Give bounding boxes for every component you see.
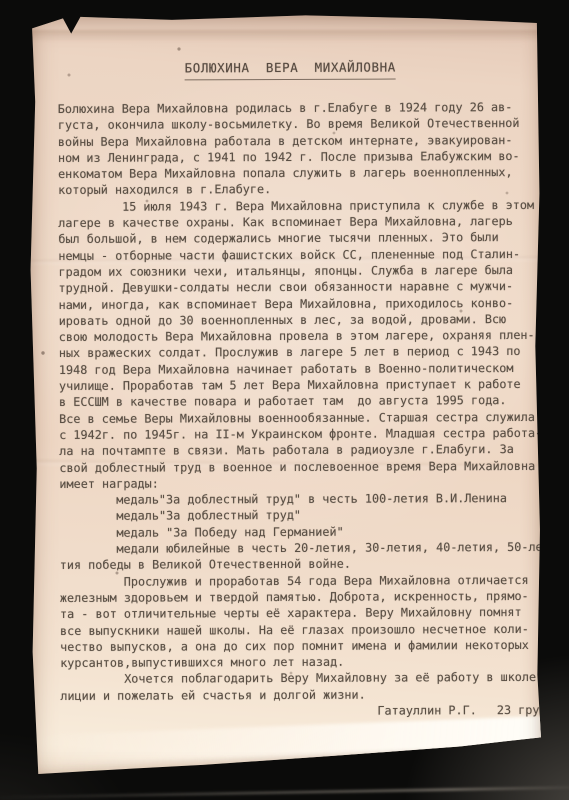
signature-author: Гатауллин Р.Г. xyxy=(377,703,476,717)
text-line: все выпускники нашей школы. На её глазах… xyxy=(60,620,540,638)
text-line: густа, окончила школу-восьмилетку. Во вр… xyxy=(58,115,538,133)
text-line: енкоматом Вера Михайловна попала служить… xyxy=(58,164,538,182)
text-line: свой доблестный труд в военное и послево… xyxy=(59,457,539,475)
signature-line: Гатауллин Р.Г. 23 группа xyxy=(377,703,560,718)
text-line: Прослужив и проработав 54 года Вера Миха… xyxy=(60,571,540,589)
text-line: медали юбилейные в честь 20-летия, 30-ле… xyxy=(60,539,540,557)
paper-dust-specks xyxy=(28,10,30,12)
text-line: был большой, в нем содержались многие ты… xyxy=(58,229,538,247)
text-line: в ЕССШМ в качестве повара и работает там… xyxy=(59,392,539,410)
scanned-photo: БОЛЮХИНА ВЕРА МИХАЙЛОВНА Болюхина Вера М… xyxy=(0,0,569,800)
text-line: ных вражеских солдат. Прослужив в лагере… xyxy=(59,343,539,361)
paragraph-biography: Болюхина Вера Михайловна родилась в г.Ел… xyxy=(58,99,538,199)
document-body: Болюхина Вера Михайловна родилась в г.Ел… xyxy=(58,99,541,704)
document-content: БОЛЮХИНА ВЕРА МИХАЙЛОВНА Болюхина Вера М… xyxy=(26,9,543,775)
text-line: трудной. Девушки-солдаты несли свои обяз… xyxy=(59,278,539,296)
text-line: лиции и пожелать ей счастья и долгой жиз… xyxy=(60,686,540,704)
text-line: Хочется поблагодарить Веру Михайловну за… xyxy=(60,669,540,687)
backdrop-light-streak xyxy=(0,786,569,799)
paragraph-character: Прослужив и проработав 54 года Вера Миха… xyxy=(60,571,540,671)
text-line: чество выпусков, а она до сих пор помнит… xyxy=(60,637,540,655)
text-line: ла на почтампте в связи. Мать работала в… xyxy=(59,441,539,459)
paragraph-camp-service: 15 июля 1943 г. Вера Михайловна приступи… xyxy=(58,197,539,411)
document-title: БОЛЮХИНА ВЕРА МИХАЙЛОВНА xyxy=(185,60,396,81)
paragraph-medals-list: медаль"За доблестный труд" в честь 100-л… xyxy=(59,490,539,574)
text-line: войны Вера Михайловна работала в детском… xyxy=(58,131,538,149)
paragraph-family: Все в семье Веры Михайловны военнообязан… xyxy=(59,409,539,493)
text-line: нами, иногда, как вспоминает Вера Михайл… xyxy=(59,294,539,312)
paragraph-closing: Хочется поблагодарить Веру Михайловну за… xyxy=(60,669,540,704)
text-line: та - вот отличительные черты её характер… xyxy=(60,604,540,622)
text-line: Все в семье Веры Михайловны военнообязан… xyxy=(59,409,539,427)
document-page: БОЛЮХИНА ВЕРА МИХАЙЛОВНА Болюхина Вера М… xyxy=(28,10,542,774)
signature-group: 23 группа xyxy=(497,703,561,717)
text-line: медаль"За доблестный труд" в честь 100-л… xyxy=(59,490,539,508)
